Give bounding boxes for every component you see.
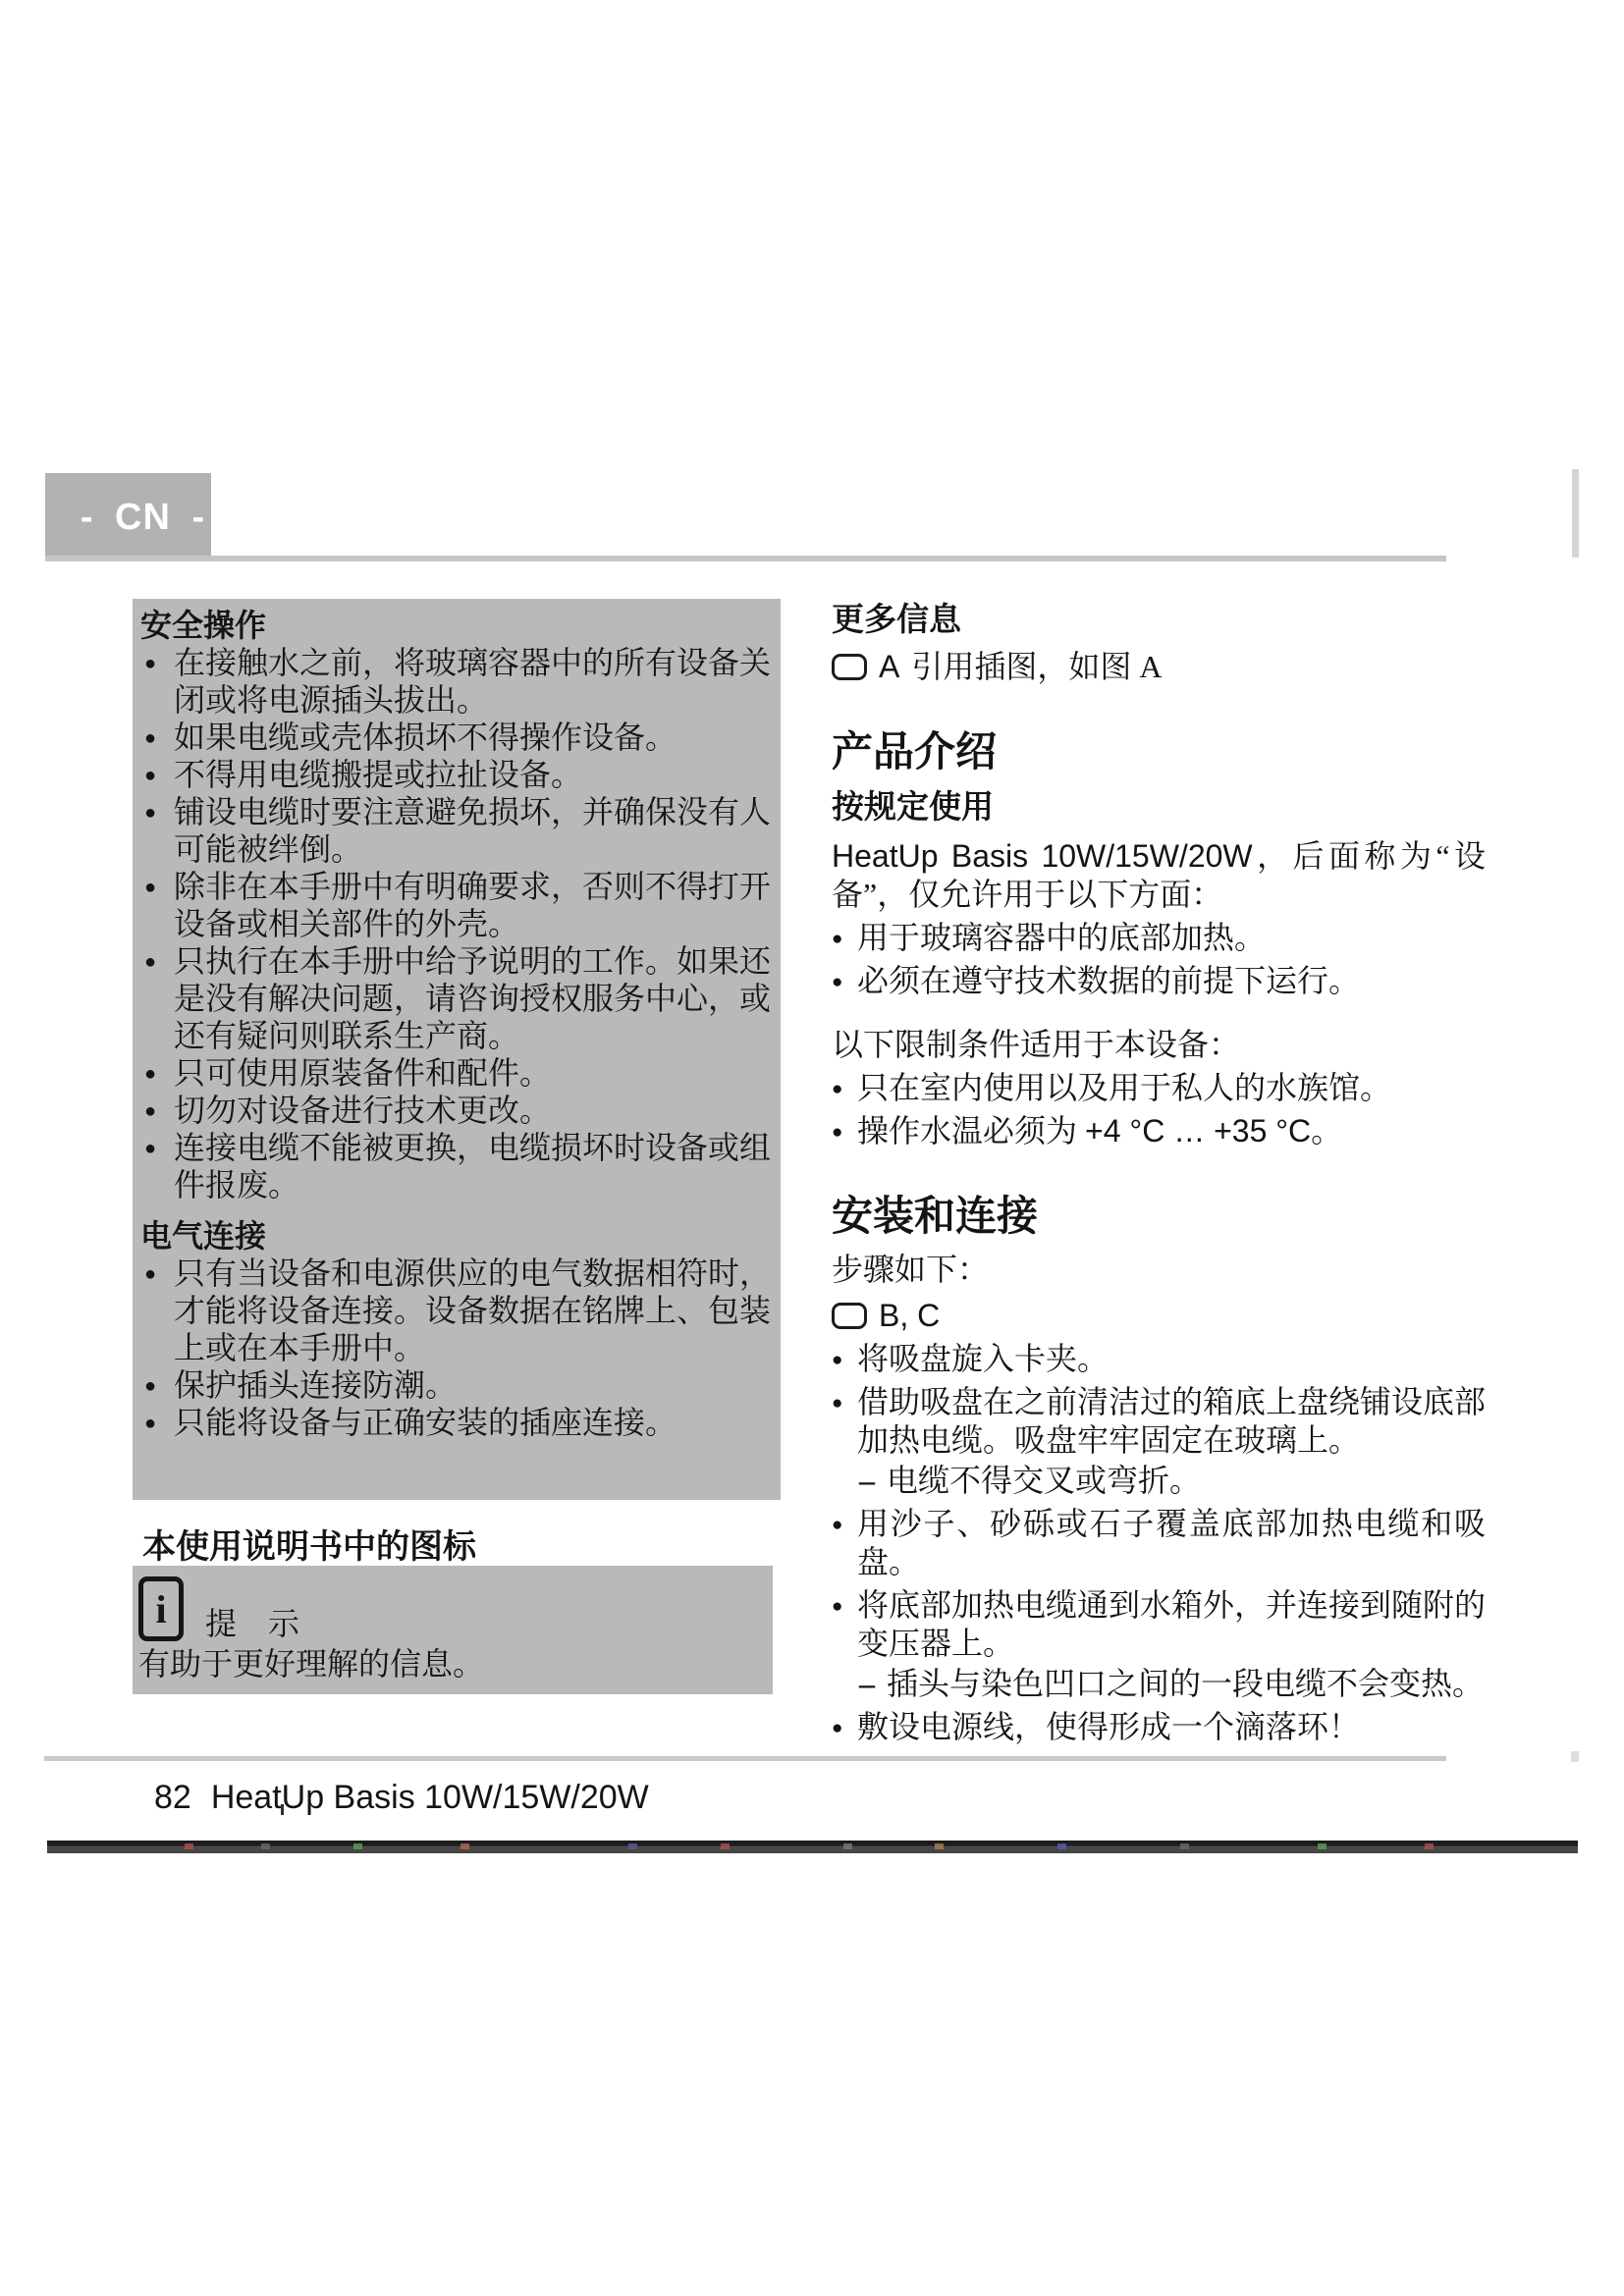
page-bottom-scan-strip xyxy=(47,1841,1578,1853)
footer-product-name: HeatUp Basis 10W/15W/20W xyxy=(211,1779,649,1816)
list-item: 只可使用原装备件和配件。 xyxy=(140,1054,771,1092)
list-item: 只在室内使用以及用于私人的水族馆。 xyxy=(832,1069,1486,1107)
figure-reference-line: B, C xyxy=(832,1297,1486,1335)
page-number: 82 xyxy=(154,1779,191,1816)
list-item: 只能将设备与正确安装的插座连接。 xyxy=(140,1404,771,1441)
list-item: 如果电缆或壳体损坏不得操作设备。 xyxy=(140,719,771,756)
scan-noise-speckle xyxy=(1180,1843,1189,1849)
list-item: 切勿对设备进行技术更改。 xyxy=(140,1092,771,1129)
scan-noise-speckle xyxy=(935,1843,944,1849)
electrical-connection-title: 电气连接 xyxy=(140,1217,771,1255)
scan-artifact xyxy=(1571,1751,1579,1762)
list-item: 将吸盘旋入卡夹。 xyxy=(832,1340,1486,1378)
list-item: 保护插头连接防潮。 xyxy=(140,1366,771,1404)
list-item: 只执行在本手册中给予说明的工作。如果还是没有解决问题，请咨询授权服务中心，或还有… xyxy=(140,942,771,1054)
note-header: i 提 示 xyxy=(138,1576,765,1641)
figure-reference-text: 引用插图，如图 A xyxy=(911,648,1162,686)
list-item: 敷设电源线，使得形成一个滴落环！ xyxy=(832,1708,1486,1746)
list-item: 只有当设备和电源供应的电气数据相符时，才能将设备连接。设备数据在铭牌上、包装上或… xyxy=(140,1255,771,1366)
note-label: 提 示 xyxy=(205,1606,311,1641)
intended-use-list: 用于玻璃容器中的底部加热。 必须在遵守技术数据的前提下运行。 xyxy=(832,919,1486,1000)
intended-use-paragraph: HeatUp Basis 10W/15W/20W，后面称为“设备”，仅允许用于以… xyxy=(832,837,1486,914)
safety-instructions-box: 安全操作 在接触水之前，将玻璃容器中的所有设备关闭或将电源插头拔出。 如果电缆或… xyxy=(133,599,781,1500)
figure-reference-line: A 引用插图，如图 A xyxy=(832,648,1486,686)
electrical-bullet-list: 只有当设备和电源供应的电气数据相符时，才能将设备连接。设备数据在铭牌上、包装上或… xyxy=(140,1255,771,1441)
figure-reference-icon xyxy=(832,1303,867,1329)
product-name-inline: HeatUp Basis 10W/15W/20W xyxy=(832,838,1253,874)
figure-reference-label: A xyxy=(879,648,899,686)
list-item: 铺设电缆时要注意避免损坏，并确保没有人可能被绊倒。 xyxy=(140,793,771,868)
note-text: 有助于更好理解的信息。 xyxy=(138,1645,765,1682)
list-item: 在接触水之前，将玻璃容器中的所有设备关闭或将电源插头拔出。 xyxy=(140,644,771,719)
figure-reference-icon xyxy=(832,654,867,680)
right-column: 更多信息 A 引用插图，如图 A 产品介绍 按规定使用 HeatUp Basis… xyxy=(832,599,1486,1746)
info-icon: i xyxy=(138,1576,184,1641)
footer: 82HeatUp Basis 10W/15W/20W xyxy=(154,1779,649,1816)
header-rule xyxy=(45,556,1446,561)
list-item: 用于玻璃容器中的底部加热。 xyxy=(832,919,1486,957)
page-edge-mark xyxy=(1572,469,1579,558)
product-intro-heading: 产品介绍 xyxy=(832,727,1486,776)
scan-noise-speckle xyxy=(721,1843,730,1849)
scan-noise-speckle xyxy=(1318,1843,1326,1849)
scan-noise-speckle xyxy=(353,1843,362,1849)
scan-noise-speckle xyxy=(628,1843,637,1849)
list-item: 不得用电缆搬提或拉扯设备。 xyxy=(140,756,771,793)
note-box: i 提 示 有助于更好理解的信息。 xyxy=(133,1566,773,1694)
scan-artifact xyxy=(281,1804,284,1815)
scan-noise-speckle xyxy=(460,1843,469,1849)
list-item: 借助吸盘在之前清洁过的箱底上盘绕铺设底部加热电缆。吸盘牢牢固定在玻璃上。 电缆不… xyxy=(832,1383,1486,1500)
footer-rule xyxy=(44,1756,1446,1761)
list-item: 用沙子、砂砾或石子覆盖底部加热电缆和吸盘。 xyxy=(832,1505,1486,1581)
list-item: 必须在遵守技术数据的前提下运行。 xyxy=(832,962,1486,1000)
figure-reference-label: B, C xyxy=(879,1297,940,1335)
intended-use-title: 按规定使用 xyxy=(832,786,1486,828)
installation-heading: 安装和连接 xyxy=(832,1192,1486,1241)
scan-noise-speckle xyxy=(1057,1843,1066,1849)
scan-noise-speckle xyxy=(1425,1843,1434,1849)
installation-steps-list: 将吸盘旋入卡夹。 借助吸盘在之前清洁过的箱底上盘绕铺设底部加热电缆。吸盘牢牢固定… xyxy=(832,1340,1486,1746)
list-item: 连接电缆不能被更换，电缆损坏时设备或组件报废。 xyxy=(140,1129,771,1203)
list-item: 将底部加热电缆通到水箱外，并连接到随附的变压器上。 插头与染色凹口之间的一段电缆… xyxy=(832,1586,1486,1703)
safety-bullet-list: 在接触水之前，将玻璃容器中的所有设备关闭或将电源插头拔出。 如果电缆或壳体损坏不… xyxy=(140,644,771,1203)
more-info-title: 更多信息 xyxy=(832,599,1486,640)
restrictions-intro: 以下限制条件适用于本设备： xyxy=(832,1026,1486,1064)
steps-intro: 步骤如下： xyxy=(832,1251,1486,1289)
restrictions-list: 只在室内使用以及用于私人的水族馆。 操作水温必须为 +4 °C … +35 °C… xyxy=(832,1069,1486,1150)
list-item: 操作水温必须为 +4 °C … +35 °C。 xyxy=(832,1112,1486,1150)
safety-title: 安全操作 xyxy=(140,607,771,644)
list-item: 除非在本手册中有明确要求，否则不得打开设备或相关部件的外壳。 xyxy=(140,868,771,942)
language-tab: - CN - xyxy=(45,473,211,561)
scan-noise-speckle xyxy=(185,1843,193,1849)
scan-noise-speckle xyxy=(843,1843,852,1849)
scan-noise-speckle xyxy=(261,1843,270,1849)
temperature-range: +4 °C … +35 °C xyxy=(1085,1113,1311,1148)
sub-note: 插头与染色凹口之间的一段电缆不会变热。 xyxy=(857,1665,1486,1703)
sub-note: 电缆不得交叉或弯折。 xyxy=(857,1462,1486,1500)
manual-page: { "colors": { "box_gray": "#b9b9b9", "ta… xyxy=(0,0,1624,2296)
icons-in-manual-heading: 本使用说明书中的图标 xyxy=(142,1520,476,1568)
